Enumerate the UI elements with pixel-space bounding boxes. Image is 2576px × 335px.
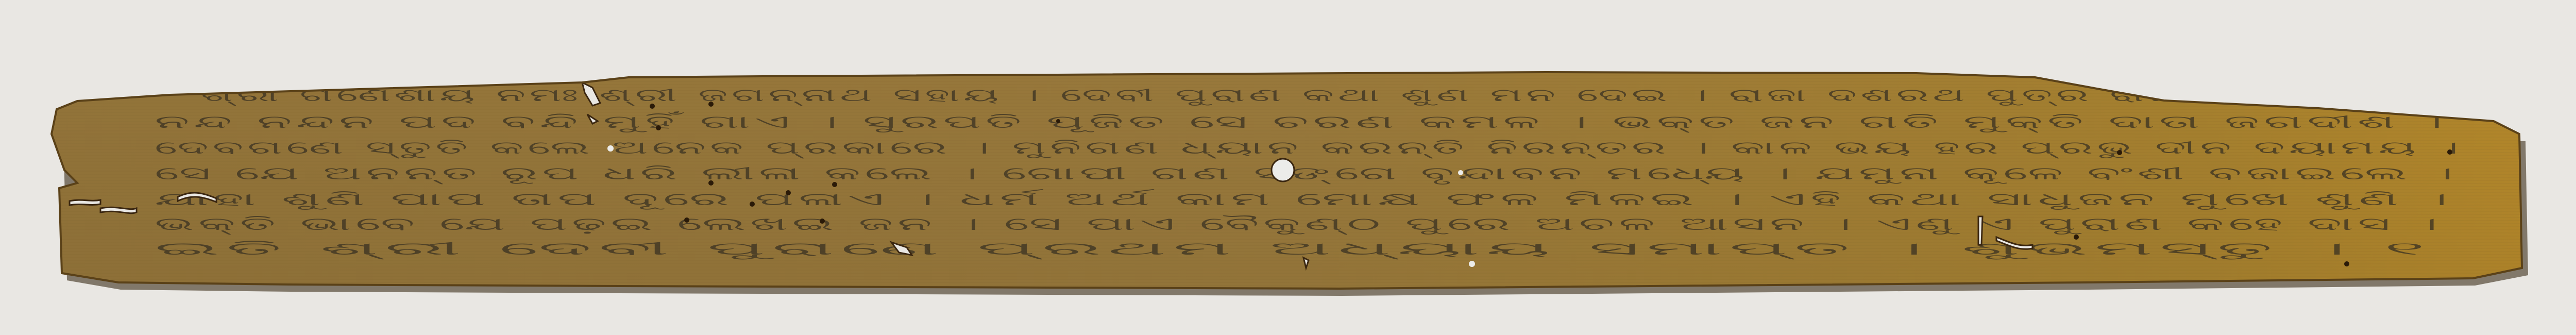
text-line-5: ଯାହା ଶୁଣି ପାପ ତାପ ଦୂରେ ପଳାଏ । ଧର୍ମ ଅର୍ଥ … — [155, 189, 2452, 210]
text-line-7: ଇତି ଶ୍ରୀ ଦେବୀ ପୁରାଣେ ପ୍ରଥମ ଅଧ୍ୟାୟ ସମାପ୍ତ… — [155, 239, 2432, 260]
small-hole — [1469, 261, 1475, 267]
manuscript-photo: ଶ୍ରୀ ଗଣେଶାୟ ନମଃ ଶ୍ରୀ ଜଗନ୍ନାଥ ସହାୟ । ଦେବୀ… — [0, 0, 2576, 335]
palm-leaf-svg: ଶ୍ରୀ ଗଣେଶାୟ ନମଃ ଶ୍ରୀ ଜଗନ୍ନାଥ ସହାୟ । ଦେବୀ… — [0, 0, 2576, 335]
text-line-2: ନନ୍ଦ ନନ୍ଦନ ପଦ ବନ୍ଦି ମୁହିଁ ଗାଏ । ସୁରପତି ପ… — [155, 111, 2447, 133]
text-line-3: ଦେବଗଣେ ସ୍ତୁତି କଲେ ଅନେକ ପ୍ରକାରେ । ମୁନିଗଣ … — [155, 138, 2463, 159]
text-line-6: ଭକ୍ତି ଭାବେ ଯେ ପଢ଼ଇ ଲେଖଇ ଜନ । ସେ ପାଏ ବୈକୁ… — [155, 214, 2442, 235]
binding-hole — [1272, 159, 1294, 181]
text-line-4: ସେ ଯେ ଅନନ୍ତ ରୂପ ଧରି ଲୀଳା କଲେ । ଗୋପୀ ଗଣ ସ… — [155, 163, 2458, 185]
small-hole — [1458, 170, 1463, 175]
small-hole — [607, 145, 614, 152]
text-line-1: ଶ୍ରୀ ଗଣେଶାୟ ନମଃ ଶ୍ରୀ ଜଗନ୍ନାଥ ସହାୟ । ଦେବୀ… — [201, 85, 2391, 106]
